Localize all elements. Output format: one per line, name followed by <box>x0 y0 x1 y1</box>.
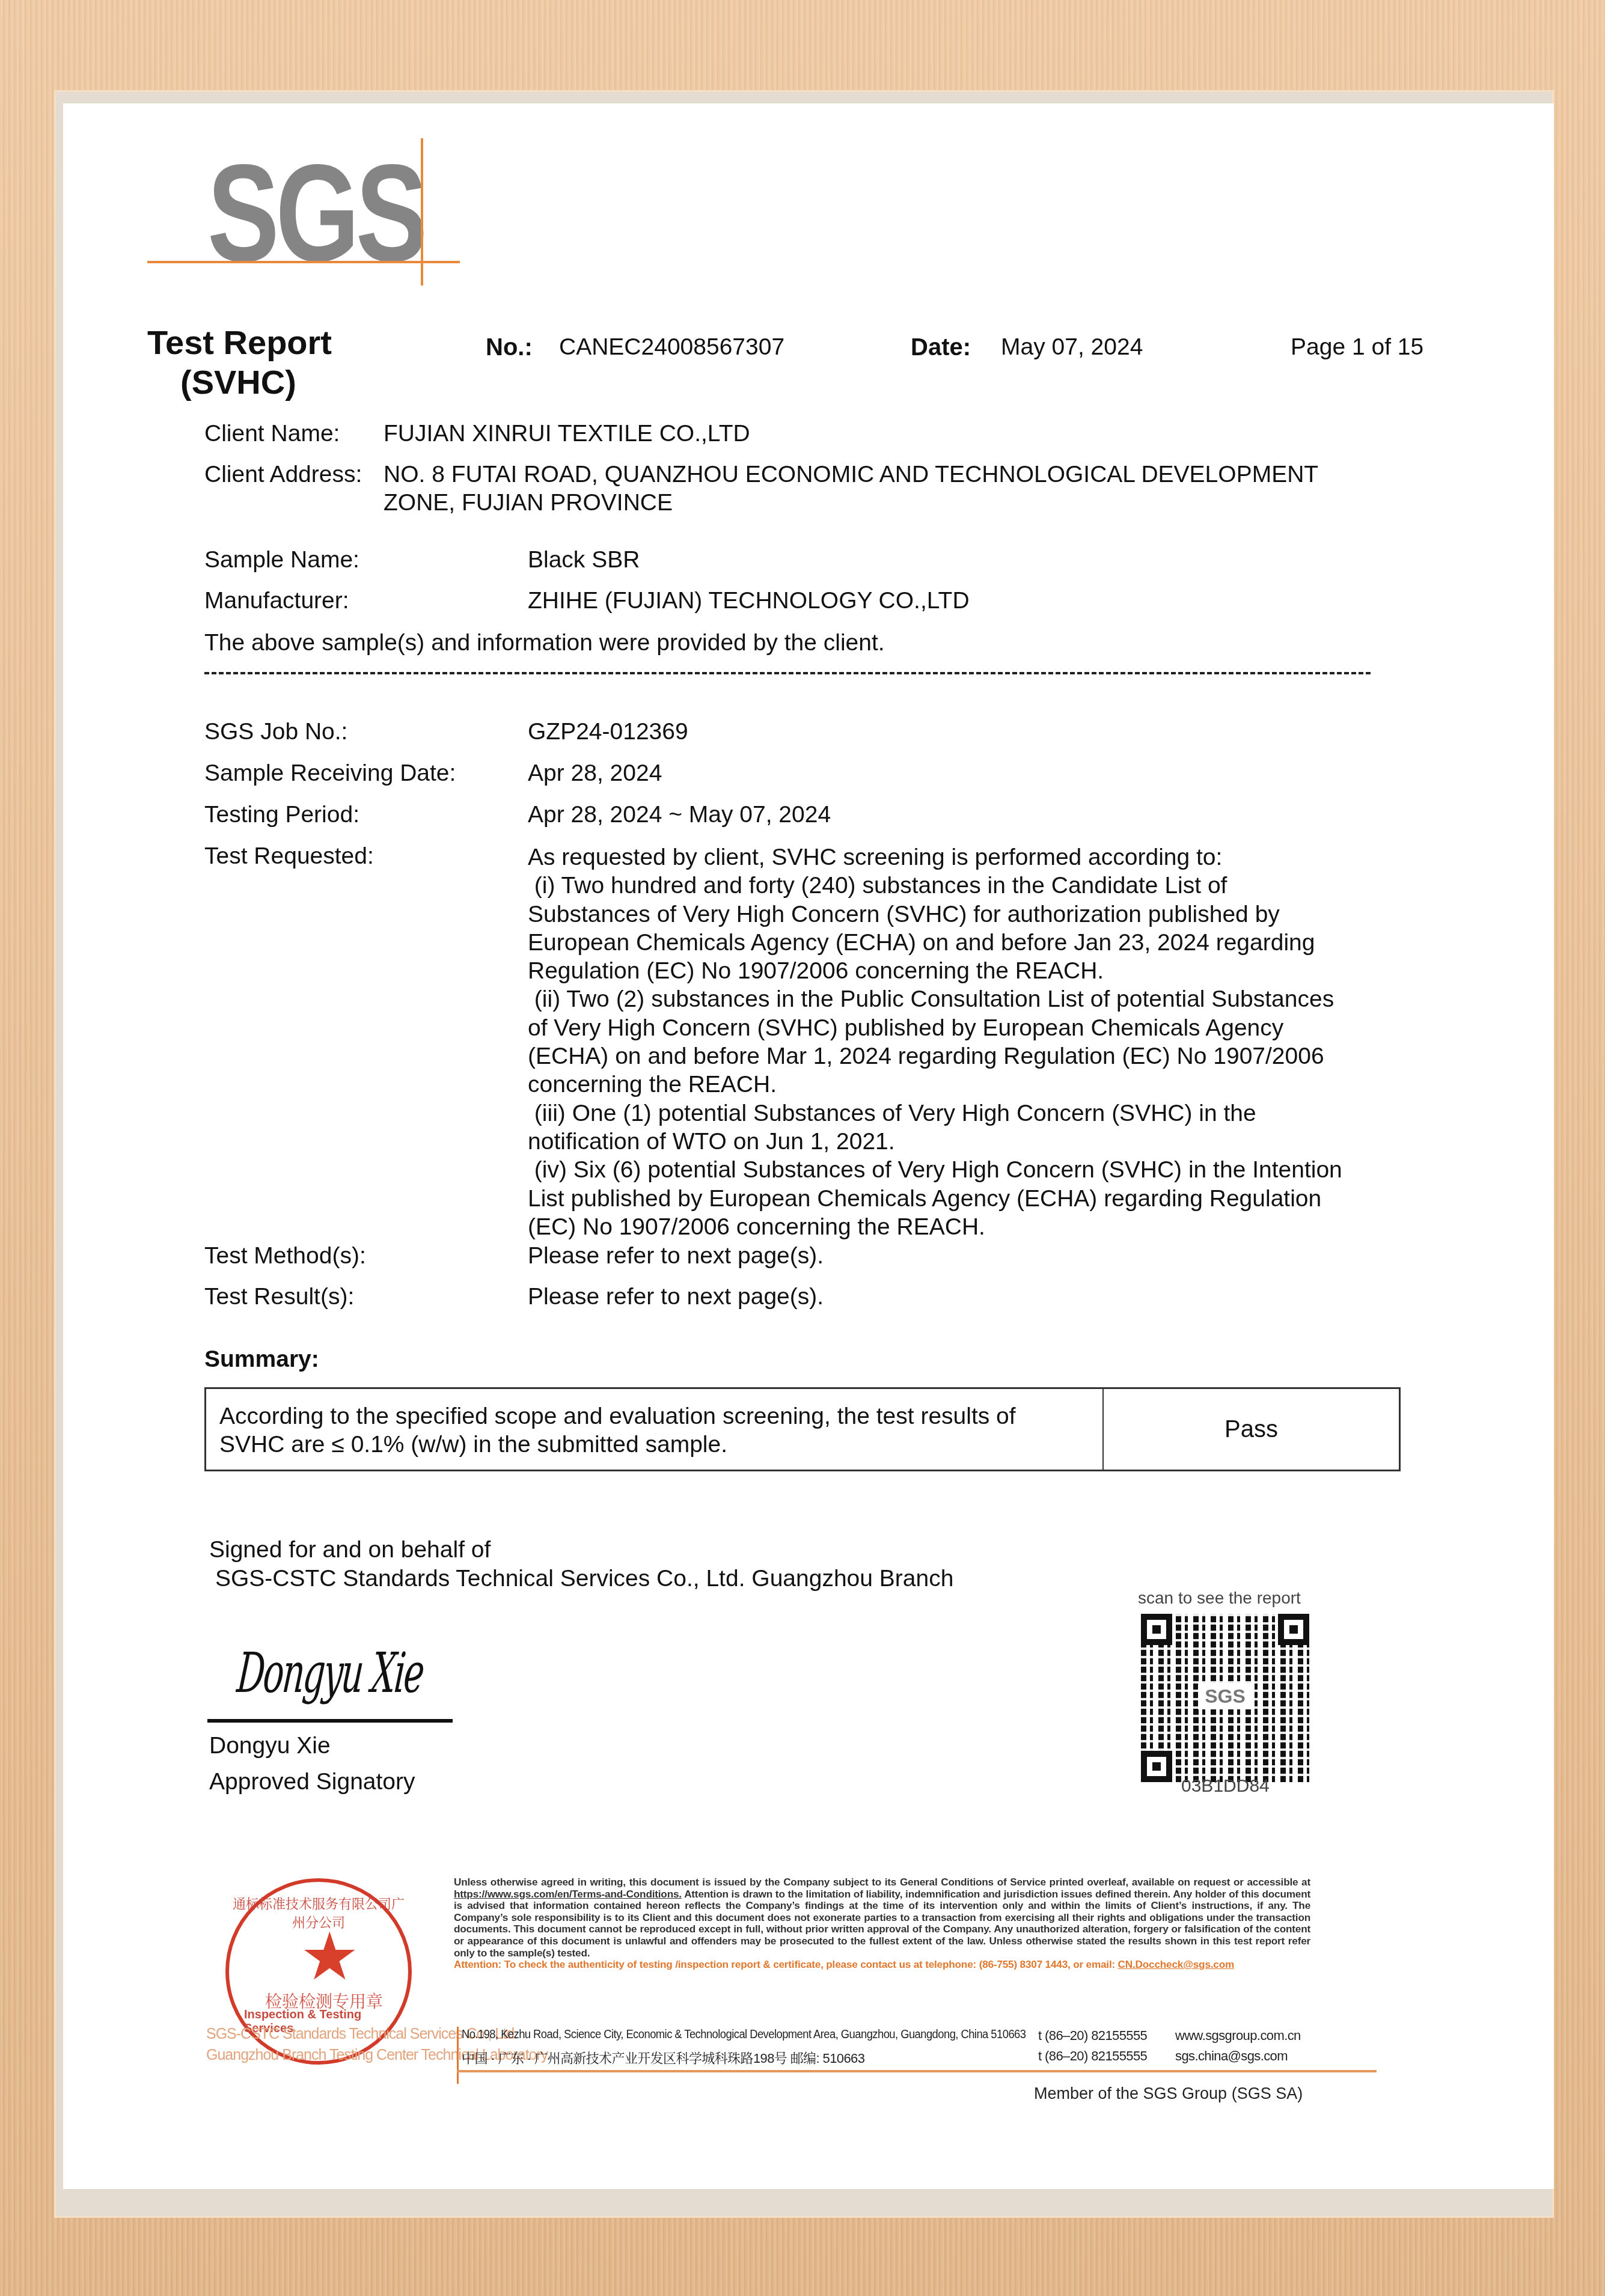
disclaimer-text: Unless otherwise agreed in writing, this… <box>454 1876 1310 1888</box>
client-provided-note: The above sample(s) and information were… <box>204 630 885 656</box>
test-requested-line: (ECHA) on and before Mar 1, 2024 regardi… <box>528 1042 1342 1070</box>
summary-statement: According to the specified scope and eva… <box>206 1389 1104 1470</box>
report-title: Test Report <box>147 323 332 362</box>
section-divider <box>204 672 1371 674</box>
test-requested-line: (iv) Six (6) potential Substances of Ver… <box>528 1156 1342 1184</box>
receiving-date-label: Sample Receiving Date: <box>204 760 456 787</box>
testing-period-value: Apr 28, 2024 ~ May 07, 2024 <box>528 802 831 828</box>
report-no-label: No.: <box>486 334 533 361</box>
manufacturer-label: Manufacturer: <box>204 588 349 614</box>
signing-company: SGS-CSTC Standards Technical Services Co… <box>215 1566 953 1592</box>
test-requested-line: Regulation (EC) No 1907/2006 concerning … <box>528 957 1342 985</box>
signatory-name: Dongyu Xie <box>209 1733 331 1759</box>
footer-address-cn: 中国 · 广东 · 广州高新技术产业开发区科学城科珠路198号 邮编: 5106… <box>462 2048 864 2067</box>
star-icon: ★ <box>300 1924 359 1990</box>
test-result-label: Test Result(s): <box>204 1284 354 1310</box>
test-requested-line: notification of WTO on Jun 1, 2021. <box>528 1128 1342 1156</box>
test-requested-line: European Chemicals Agency (ECHA) on and … <box>528 929 1342 957</box>
handwritten-signature: Dongyu Xie <box>235 1641 426 1705</box>
signature-line <box>207 1719 453 1723</box>
test-requested-line: (iii) One (1) potential Substances of Ve… <box>528 1099 1342 1128</box>
client-address-label: Client Address: <box>204 462 362 488</box>
logo-underline <box>147 261 460 263</box>
client-address-line1: NO. 8 FUTAI ROAD, QUANZHOU ECONOMIC AND … <box>384 462 1318 488</box>
sample-name-label: Sample Name: <box>204 547 359 573</box>
test-method-value: Please refer to next page(s). <box>528 1243 824 1269</box>
footer-address-en: No.198, Kezhu Road, Science City, Econom… <box>462 2028 1026 2042</box>
footer-phone-1: t (86–20) 82155555 <box>1038 2028 1147 2044</box>
date-value: May 07, 2024 <box>1001 334 1143 361</box>
date-label: Date: <box>911 334 971 361</box>
signatory-title: Approved Signatory <box>209 1769 415 1795</box>
test-requested-line: (EC) No 1907/2006 concerning the REACH. <box>528 1213 1342 1241</box>
receiving-date-value: Apr 28, 2024 <box>528 760 662 787</box>
manufacturer-value: ZHIHE (FUJIAN) TECHNOLOGY CO.,LTD <box>528 588 970 614</box>
legal-disclaimer: Unless otherwise agreed in writing, this… <box>454 1876 1310 1971</box>
test-requested-line: of Very High Concern (SVHC) published by… <box>528 1014 1342 1042</box>
summary-statement-line2: SVHC are ≤ 0.1% (w/w) in the submitted s… <box>219 1430 1089 1459</box>
qr-finder-icon <box>1278 1614 1309 1645</box>
test-requested-text: As requested by client, SVHC screening i… <box>528 843 1342 1241</box>
doccheck-email-link[interactable]: CN.Doccheck@sgs.com <box>1118 1958 1235 1970</box>
testing-period-label: Testing Period: <box>204 802 359 828</box>
footer-email[interactable]: sgs.china@sgs.com <box>1175 2048 1288 2064</box>
authenticity-notice: Attention: To check the authenticity of … <box>454 1958 1118 1970</box>
job-no-label: SGS Job No.: <box>204 719 347 745</box>
sgs-group-member: Member of the SGS Group (SGS SA) <box>1034 2084 1303 2103</box>
test-result-value: Please refer to next page(s). <box>528 1284 824 1310</box>
sample-name-value: Black SBR <box>528 547 640 573</box>
test-requested-line: (i) Two hundred and forty (240) substanc… <box>528 872 1342 900</box>
client-name-value: FUJIAN XINRUI TEXTILE CO.,LTD <box>384 421 750 447</box>
job-no-value: GZP24-012369 <box>528 719 688 745</box>
test-requested-label: Test Requested: <box>204 843 374 870</box>
report-qr-code[interactable]: SGS <box>1141 1614 1309 1782</box>
footer-website[interactable]: www.sgsgroup.com.cn <box>1175 2028 1301 2044</box>
test-requested-line: (ii) Two (2) substances in the Public Co… <box>528 985 1342 1013</box>
footer-rule <box>457 2070 1377 2072</box>
qr-caption: scan to see the report <box>1138 1589 1301 1608</box>
summary-statement-line1: According to the specified scope and eva… <box>219 1402 1089 1430</box>
summary-heading: Summary: <box>204 1346 319 1373</box>
footer-accent-bar <box>457 2027 459 2084</box>
qr-sgs-logo: SGS <box>1198 1683 1252 1709</box>
footer-phone-2: t (86–20) 82155555 <box>1038 2048 1147 2064</box>
test-requested-line: Substances of Very High Concern (SVHC) f… <box>528 900 1342 929</box>
qr-code-id: 03B1DD84 <box>1181 1776 1270 1797</box>
client-address-line2: ZONE, FUJIAN PROVINCE <box>384 490 673 516</box>
test-requested-line: List published by European Chemicals Age… <box>528 1185 1342 1213</box>
test-requested-line: concerning the REACH. <box>528 1070 1342 1099</box>
client-name-label: Client Name: <box>204 421 340 447</box>
page-indicator: Page 1 of 15 <box>1291 334 1423 361</box>
test-requested-line: As requested by client, SVHC screening i… <box>528 843 1342 872</box>
logo-vertical-line <box>421 138 423 285</box>
terms-link[interactable]: https://www.sgs.com/en/Terms-and-Conditi… <box>454 1888 682 1900</box>
qr-finder-icon <box>1141 1614 1172 1645</box>
qr-finder-icon <box>1141 1751 1172 1782</box>
report-subtitle: (SVHC) <box>180 362 296 401</box>
summary-table: According to the specified scope and eva… <box>204 1387 1401 1471</box>
summary-result: Pass <box>1104 1389 1399 1470</box>
test-method-label: Test Method(s): <box>204 1243 366 1269</box>
signed-for-text: Signed for and on behalf of <box>209 1537 491 1563</box>
report-no-value: CANEC24008567307 <box>559 334 784 361</box>
